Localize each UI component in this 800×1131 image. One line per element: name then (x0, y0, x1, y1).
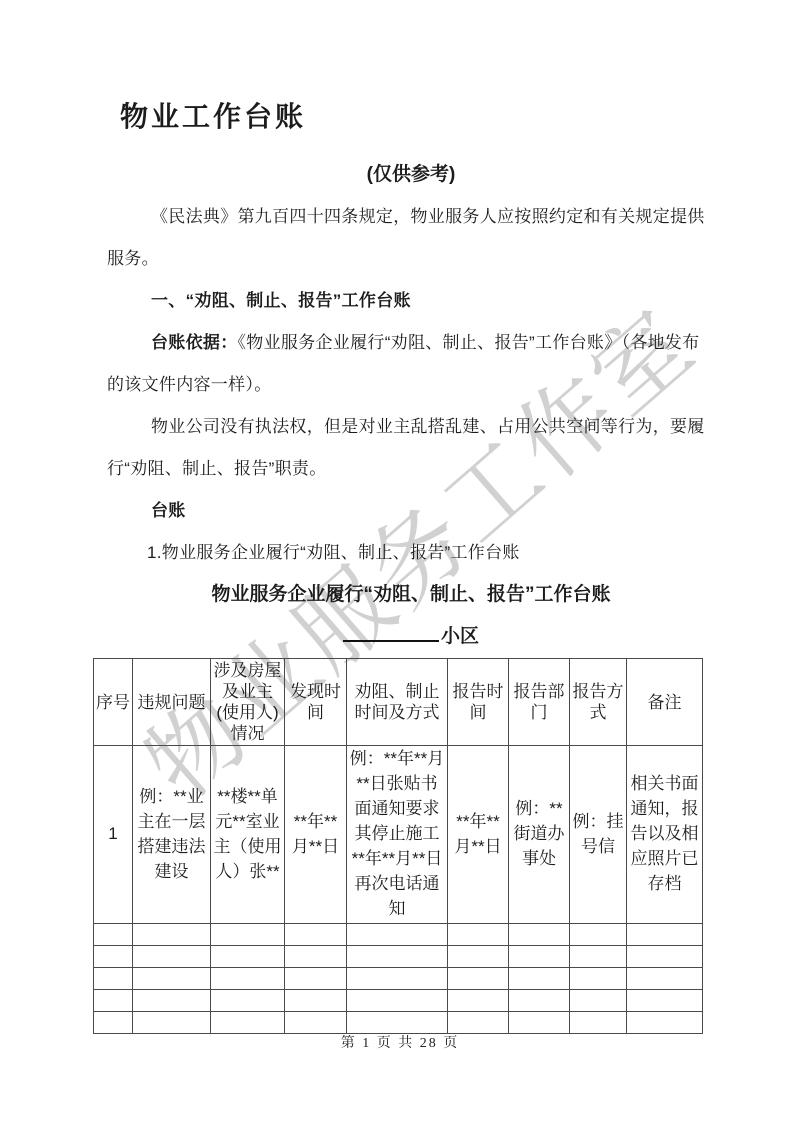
ledger-table-body: 1例：**业主在一层搭建违法建设**楼**单元**室业主（使用人）张****年*… (94, 746, 703, 1034)
empty-cell (448, 924, 509, 946)
col-header-8: 备注 (627, 659, 703, 746)
empty-cell (509, 924, 570, 946)
empty-cell (285, 990, 347, 1012)
empty-cell (570, 924, 627, 946)
table-empty-row-1 (94, 924, 703, 946)
empty-cell (347, 1012, 448, 1034)
empty-cell (627, 990, 703, 1012)
row1-cell-3: **年**月**日 (285, 746, 347, 924)
empty-cell (94, 990, 133, 1012)
empty-cell (285, 924, 347, 946)
empty-cell (285, 1012, 347, 1034)
empty-cell (448, 968, 509, 990)
document-content: 物业工作台账 (仅供参考) 《民法典》第九百四十四条规定，物业服务人应按照约定和… (0, 0, 715, 1034)
empty-cell (94, 924, 133, 946)
empty-cell (133, 946, 211, 968)
community-name-suffix: 小区 (441, 626, 479, 647)
ledger-table: 序号违规问题涉及房屋及业主(使用人)情况发现时间劝阻、制止时间及方式报告时间报告… (93, 658, 703, 1034)
empty-cell (347, 990, 448, 1012)
empty-cell (627, 1012, 703, 1034)
table-empty-row-5 (94, 1012, 703, 1034)
table-empty-row-4 (94, 990, 703, 1012)
row1-cell-7: 例：挂号信 (570, 746, 627, 924)
empty-cell (627, 946, 703, 968)
empty-cell (211, 990, 285, 1012)
ledger-table-head: 序号违规问题涉及房屋及业主(使用人)情况发现时间劝阻、制止时间及方式报告时间报告… (94, 659, 703, 746)
table-title: 物业服务企业履行“劝阻、制止、报告”工作台账 (107, 574, 715, 616)
row1-cell-2: **楼**单元**室业主（使用人）张** (211, 746, 285, 924)
empty-cell (627, 924, 703, 946)
row1-cell-1: 例：**业主在一层搭建违法建设 (133, 746, 211, 924)
empty-cell (285, 968, 347, 990)
empty-cell (285, 946, 347, 968)
col-header-6: 报告部门 (509, 659, 570, 746)
empty-cell (347, 968, 448, 990)
empty-cell (509, 968, 570, 990)
row1-cell-0: 1 (94, 746, 133, 924)
empty-cell (133, 990, 211, 1012)
empty-cell (448, 990, 509, 1012)
table-empty-row-3 (94, 968, 703, 990)
empty-cell (133, 1012, 211, 1034)
row1-cell-6: 例：**街道办事处 (509, 746, 570, 924)
row1-cell-8: 相关书面通知，报告以及相应照片已存档 (627, 746, 703, 924)
col-header-5: 报告时间 (448, 659, 509, 746)
empty-cell (509, 1012, 570, 1034)
page-footer: 第 1 页 共 28 页 (0, 1032, 800, 1052)
empty-cell (627, 968, 703, 990)
empty-cell (94, 946, 133, 968)
col-header-7: 报告方式 (570, 659, 627, 746)
empty-cell (133, 924, 211, 946)
community-name-blank (343, 640, 439, 642)
table-empty-row-2 (94, 946, 703, 968)
empty-cell (94, 968, 133, 990)
community-name-line: 小区 (107, 616, 715, 658)
empty-cell (347, 946, 448, 968)
paragraph-property-duty: 物业公司没有执法权，但是对业主乱搭乱建、占用公共空间等行为，要履行“劝阻、制止、… (107, 406, 715, 490)
empty-cell (570, 946, 627, 968)
empty-cell (347, 924, 448, 946)
empty-cell (509, 946, 570, 968)
empty-cell (211, 946, 285, 968)
empty-cell (211, 1012, 285, 1034)
section-heading-1: 一、“劝阻、制止、报告”工作台账 (107, 280, 715, 322)
paragraph-ledger-basis: 台账依据：《物业服务企业履行“劝阻、制止、报告”工作台账》（各地发布的该文件内容… (107, 322, 715, 406)
paragraph-civil-code: 《民法典》第九百四十四条规定，物业服务人应按照约定和有关规定提供服务。 (107, 196, 715, 280)
empty-cell (570, 968, 627, 990)
subtitle-reference-note: (仅供参考) (107, 154, 715, 196)
empty-cell (133, 968, 211, 990)
empty-cell (211, 924, 285, 946)
col-header-4: 劝阻、制止时间及方式 (347, 659, 448, 746)
col-header-1: 违规问题 (133, 659, 211, 746)
document-title: 物业工作台账 (120, 100, 715, 134)
empty-cell (448, 946, 509, 968)
empty-cell (94, 1012, 133, 1034)
empty-cell (509, 990, 570, 1012)
empty-cell (211, 968, 285, 990)
row1-cell-5: **年**月**日 (448, 746, 509, 924)
ledger-basis-label: 台账依据： (151, 333, 238, 352)
row1-cell-4: 例：**年**月**日张贴书面通知要求其停止施工 **年**月**日再次电话通知 (347, 746, 448, 924)
col-header-0: 序号 (94, 659, 133, 746)
empty-cell (570, 1012, 627, 1034)
empty-cell (570, 990, 627, 1012)
table-row-1: 1例：**业主在一层搭建违法建设**楼**单元**室业主（使用人）张****年*… (94, 746, 703, 924)
document-page: 物业服务工作室 物业工作台账 (仅供参考) 《民法典》第九百四十四条规定，物业服… (0, 0, 800, 1131)
paragraph-list-item-1: 1.物业服务企业履行“劝阻、制止、报告”工作台账 (107, 532, 715, 574)
col-header-3: 发现时间 (285, 659, 347, 746)
empty-cell (448, 1012, 509, 1034)
header-row: 序号违规问题涉及房屋及业主(使用人)情况发现时间劝阻、制止时间及方式报告时间报告… (94, 659, 703, 746)
col-header-2: 涉及房屋及业主(使用人)情况 (211, 659, 285, 746)
section-heading-2: 台账 (107, 490, 715, 532)
